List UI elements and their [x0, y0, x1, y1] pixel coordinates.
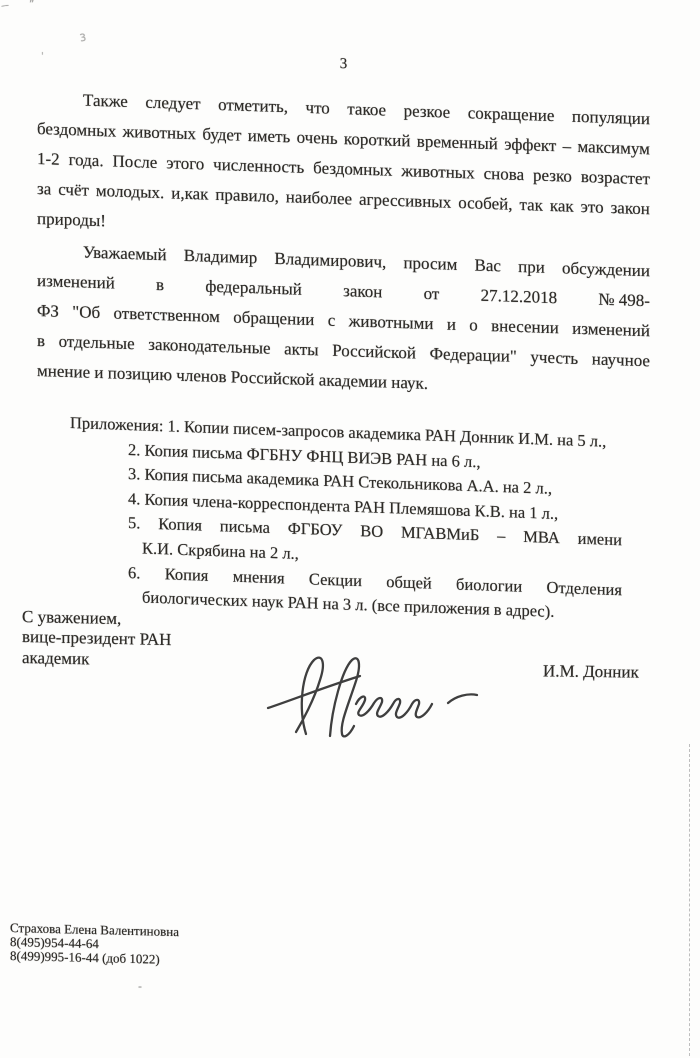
line-text: С уважением, [22, 607, 121, 628]
word: Копия [165, 562, 209, 588]
word: это [581, 192, 604, 223]
word: очень [297, 123, 338, 154]
word: просим [403, 248, 457, 280]
word: будет [202, 119, 241, 150]
word: обращении [233, 303, 314, 336]
word: МВА [523, 525, 560, 551]
word: сокращение [468, 98, 555, 131]
word: особей, [458, 188, 512, 220]
word: Также [83, 86, 128, 117]
word: иметь [248, 121, 291, 152]
line-text: природы! [37, 209, 106, 230]
word: закон [611, 193, 650, 224]
word: популяции [572, 102, 650, 135]
attachments-label: Приложения: [70, 413, 163, 435]
word: мнения [233, 564, 285, 590]
word: следует [145, 88, 200, 120]
word: животных [401, 156, 474, 188]
signature-c-chain [356, 697, 432, 718]
word: за [37, 174, 51, 204]
text-line: академик [22, 648, 282, 674]
word: После [113, 147, 158, 178]
word: агрессивных [359, 185, 451, 218]
word: счёт [58, 175, 89, 206]
word: ВО [360, 520, 383, 545]
word: правило, [215, 180, 279, 212]
word: Вас [475, 251, 501, 282]
word: ответственном [114, 299, 220, 333]
word: Федерации" [430, 339, 517, 372]
word: животных [123, 117, 196, 149]
word: снова [484, 159, 525, 190]
word: такое [347, 94, 386, 125]
word: и,как [171, 178, 208, 209]
page-number: 3 [37, 46, 650, 92]
word: 5. [128, 511, 140, 536]
word: как [550, 191, 574, 222]
word: федеральный [205, 272, 302, 305]
contact-phone-2: 8(499)995-16-44 (доб 1022) [10, 949, 179, 967]
word: Отделения [547, 575, 622, 602]
scan-speck: - [138, 981, 142, 992]
word: при [518, 252, 545, 283]
line-text: академик [22, 648, 89, 668]
word: Секции [309, 567, 362, 593]
word: о [469, 310, 478, 340]
word: МГАВМиБ [401, 521, 479, 548]
word: – [563, 131, 572, 161]
word: года. [69, 145, 104, 176]
word: что [306, 93, 330, 124]
word: обсуждении [562, 253, 650, 286]
word: животными [349, 306, 434, 339]
word: в [156, 270, 164, 300]
document-page: 3 Такжеследуетотметить,чтотакоерезкоесок… [0, 0, 700, 1058]
paragraph-population-effect: Такжеследуетотметить,чтотакоерезкоесокра… [37, 84, 650, 254]
word: с [328, 306, 336, 336]
word: от [424, 279, 440, 310]
word: внесении [491, 311, 559, 343]
word: наиболее [286, 182, 352, 214]
word: и [447, 310, 456, 340]
footer-contact-block: Страхова Елена Валентиновна 8(495)954-44… [10, 921, 179, 967]
scan-speck: ' [41, 52, 44, 62]
word: изменений [37, 266, 115, 299]
word: бездомных [37, 114, 116, 147]
letter-top-block: 3 Такжеследуетотметить,чтотакоерезкоесок… [37, 46, 650, 406]
word: Владимирович, [274, 244, 386, 278]
scan-speck: 3 [79, 34, 87, 45]
scan-edge-line [689, 744, 690, 1056]
word: имени [578, 527, 622, 553]
word: № 498- [598, 285, 650, 317]
word: Российской [332, 336, 416, 369]
scan-speck: ” [29, 0, 34, 10]
paragraph-appeal: УважаемыйВладимирВладимирович,просимВасп… [37, 236, 650, 406]
word: молодых. [96, 176, 164, 208]
word: общей [386, 570, 432, 596]
handwritten-signature-icon [252, 646, 482, 746]
word: максимум [577, 132, 649, 164]
attachments-section: Приложения: 1. Копии писем-запросов акад… [70, 411, 622, 627]
word: численность [213, 150, 304, 183]
word: ФГБОУ [288, 517, 343, 544]
word: так [519, 190, 542, 221]
signoff-block: С уважением,вице-президент РАНакадемик [22, 607, 282, 673]
word: изменений [572, 314, 650, 347]
word: Владимир [184, 241, 257, 273]
word: Уважаемый [83, 238, 167, 271]
word: учесть [530, 342, 578, 374]
word: 6. [128, 561, 140, 586]
word: – [497, 524, 505, 549]
word: временный [417, 127, 498, 160]
signature-flourish [268, 676, 360, 708]
word: закон [343, 276, 382, 307]
word: законодательные [148, 330, 270, 364]
scan-speck: — [0, 1, 9, 10]
word: биологии [456, 572, 522, 599]
line-text: К.И. Скрябина на 2 л., [142, 538, 299, 562]
word: акты [284, 334, 318, 365]
word: резкое [404, 96, 451, 128]
word: этого [166, 148, 204, 179]
word: в [37, 326, 45, 356]
word: 27.12.2018 [481, 281, 558, 314]
word: возрастет [581, 162, 650, 194]
word: отдельные [59, 327, 135, 360]
word: резко [533, 160, 572, 191]
word: научное [592, 344, 650, 376]
signature-loop-2 [330, 658, 359, 736]
word: письма [220, 515, 270, 541]
line-text: вице-президент РАН [22, 627, 171, 649]
word: короткий [344, 124, 411, 156]
word: бездомных [313, 153, 392, 186]
signer-name: И.М. Донник [543, 661, 639, 682]
word: эффект [504, 129, 556, 161]
word: отметить, [218, 90, 288, 122]
word: ФЗ [37, 296, 59, 327]
signature-dash [448, 694, 477, 703]
word: "Об [72, 297, 100, 328]
word: Копия [158, 512, 202, 538]
word: 1-2 [37, 144, 60, 175]
